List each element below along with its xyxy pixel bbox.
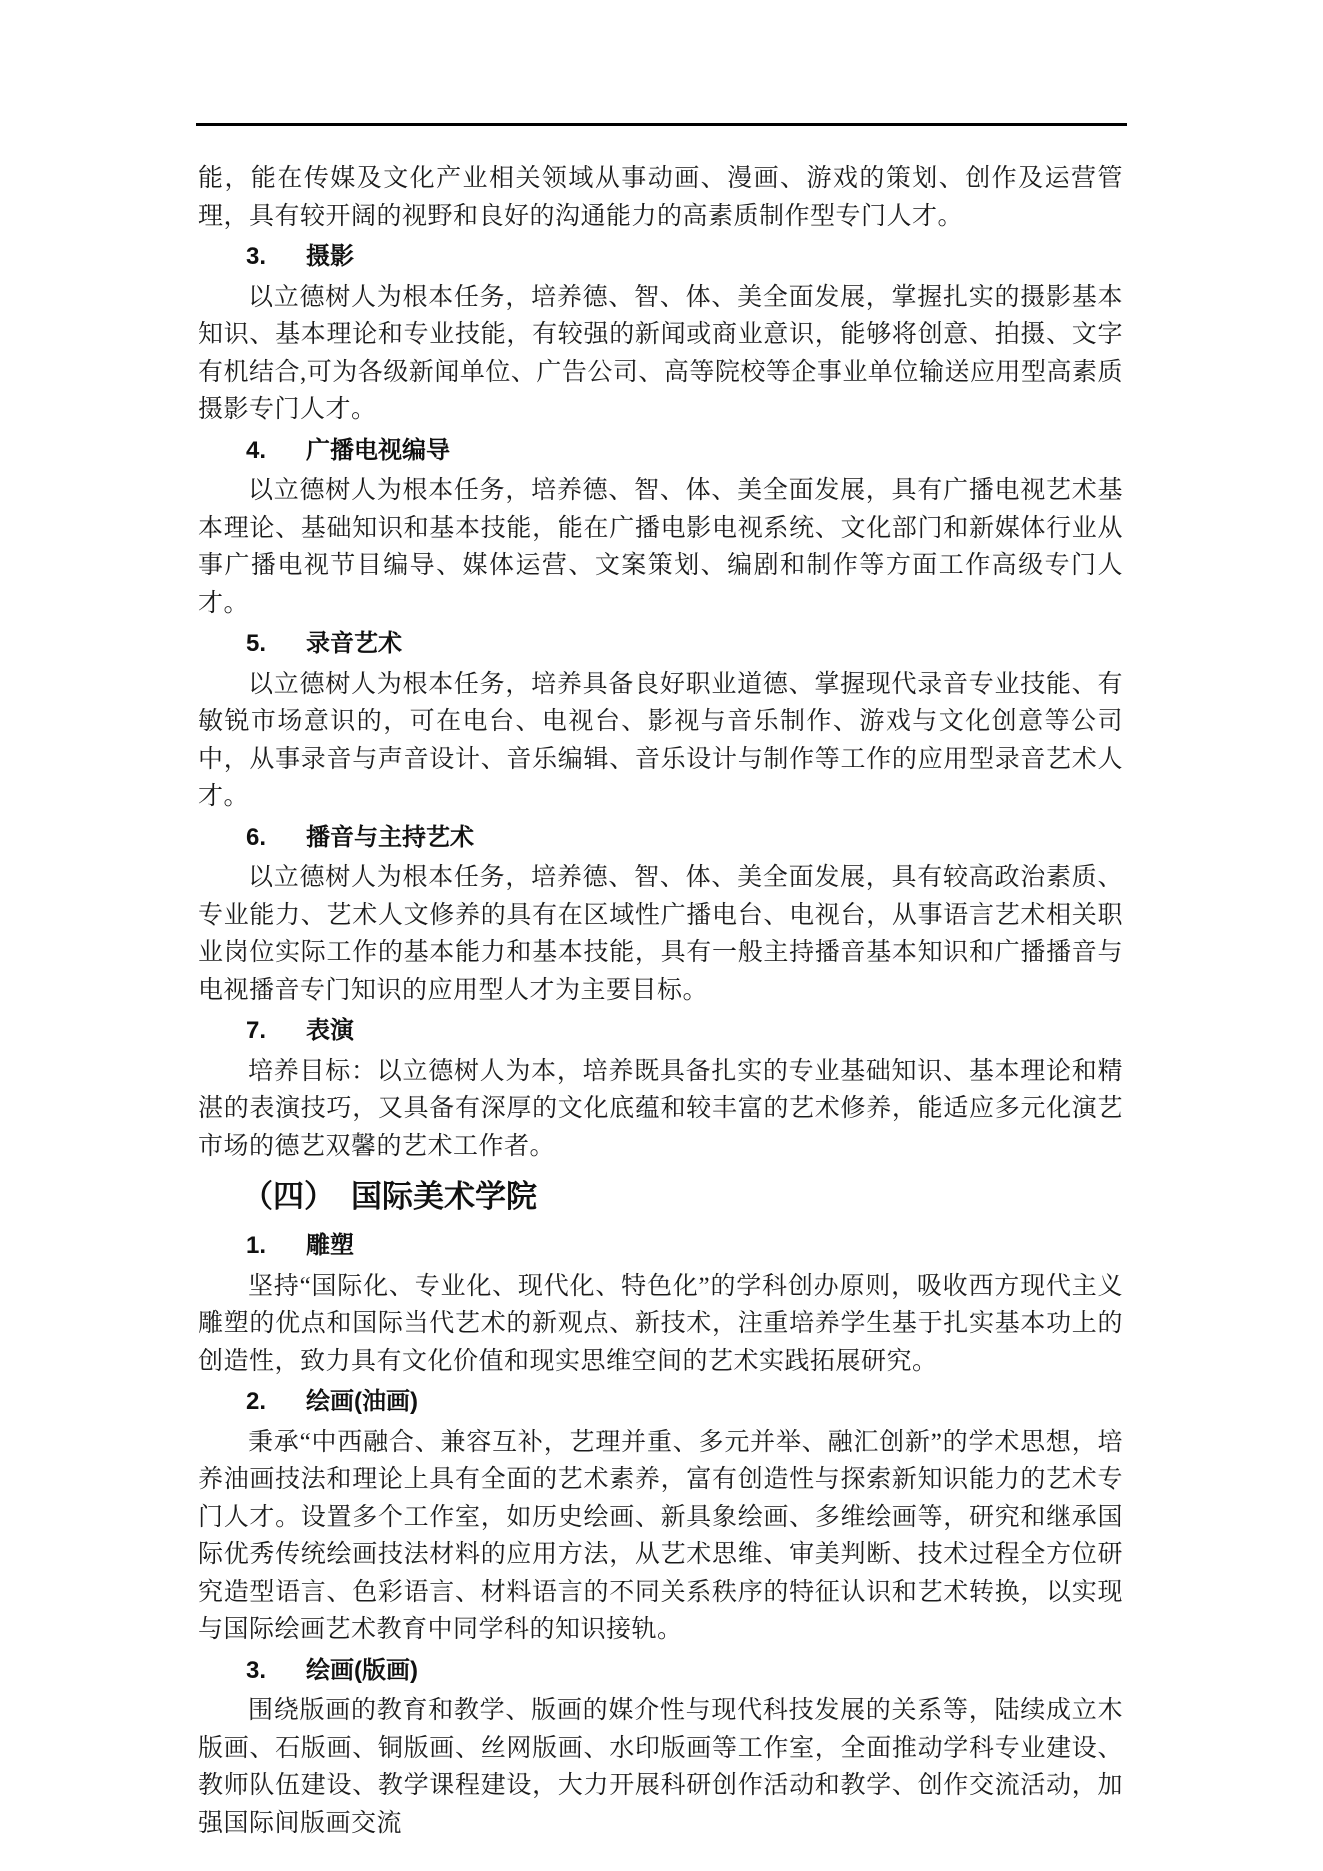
section-title: 绘画(油画) [306, 1388, 418, 1415]
section-heading-broadcast-tv-directing: 4.广播电视编导 [198, 432, 1123, 470]
section-paragraph-sculpture: 坚持“国际化、专业化、现代化、特色化”的学科创办原则，吸收西方现代主义雕塑的优点… [198, 1268, 1123, 1381]
section-heading-broadcast-hosting-art: 6.播音与主持艺术 [198, 819, 1123, 857]
section-paragraph-oil-painting: 秉承“中西融合、兼容互补，艺理并重、多元并举、融汇创新”的学术思想，培养油画技法… [198, 1424, 1123, 1649]
section-title: 雕塑 [306, 1232, 354, 1259]
section-paragraph-printmaking: 围绕版画的教育和教学、版画的媒介性与现代科技发展的关系等，陆续成立木版画、石版画… [198, 1692, 1123, 1842]
section-title: 绘画(版画) [306, 1657, 418, 1684]
section-heading-sound-recording-art: 5.录音艺术 [198, 625, 1123, 663]
section-number: 6. [246, 819, 306, 857]
section-number: 7. [246, 1012, 306, 1050]
section-title: 广播电视编导 [306, 437, 450, 464]
document-page: 能，能在传媒及文化产业相关领域从事动画、漫画、游戏的策划、创作及运营管理，具有较… [0, 0, 1323, 1871]
section-number: 5. [246, 625, 306, 663]
section-number: 3. [246, 1652, 306, 1690]
section-heading-photography: 3.摄影 [198, 238, 1123, 276]
section-title: 表演 [306, 1017, 354, 1044]
header-rule [196, 123, 1127, 126]
section-heading-printmaking: 3.绘画(版画) [198, 1652, 1123, 1690]
section-paragraph-broadcast-hosting-art: 以立德树人为根本任务，培养德、智、体、美全面发展，具有较高政治素质、专业能力、艺… [198, 859, 1123, 1009]
section-number: 1. [246, 1227, 306, 1265]
division-title: 国际美术学院 [351, 1179, 537, 1214]
section-paragraph-performance: 培养目标：以立德树人为本，培养既具备扎实的专业基础知识、基本理论和精湛的表演技巧… [198, 1053, 1123, 1166]
section-heading-sculpture: 1.雕塑 [198, 1227, 1123, 1265]
section-title: 摄影 [306, 243, 354, 270]
section-paragraph-photography: 以立德树人为根本任务，培养德、智、体、美全面发展，掌握扎实的摄影基本知识、基本理… [198, 279, 1123, 429]
section-title: 录音艺术 [306, 630, 402, 657]
section-number: 2. [246, 1383, 306, 1421]
section-number: 3. [246, 238, 306, 276]
section-title: 播音与主持艺术 [306, 824, 474, 851]
document-content: 能，能在传媒及文化产业相关领域从事动画、漫画、游戏的策划、创作及运营管理，具有较… [198, 160, 1123, 1842]
section-heading-performance: 7.表演 [198, 1012, 1123, 1050]
section-paragraph-sound-recording-art: 以立德树人为根本任务，培养具备良好职业道德、掌握现代录音专业技能、有敏锐市场意识… [198, 666, 1123, 816]
paragraph-continuation: 能，能在传媒及文化产业相关领域从事动画、漫画、游戏的策划、创作及运营管理，具有较… [198, 160, 1123, 235]
division-heading-international-art-school: （四）国际美术学院 [198, 1174, 1123, 1220]
section-paragraph-broadcast-tv-directing: 以立德树人为根本任务，培养德、智、体、美全面发展，具有广播电视艺术基本理论、基础… [198, 472, 1123, 622]
division-number: （四） [242, 1179, 335, 1214]
section-heading-oil-painting: 2.绘画(油画) [198, 1383, 1123, 1421]
section-number: 4. [246, 432, 306, 470]
